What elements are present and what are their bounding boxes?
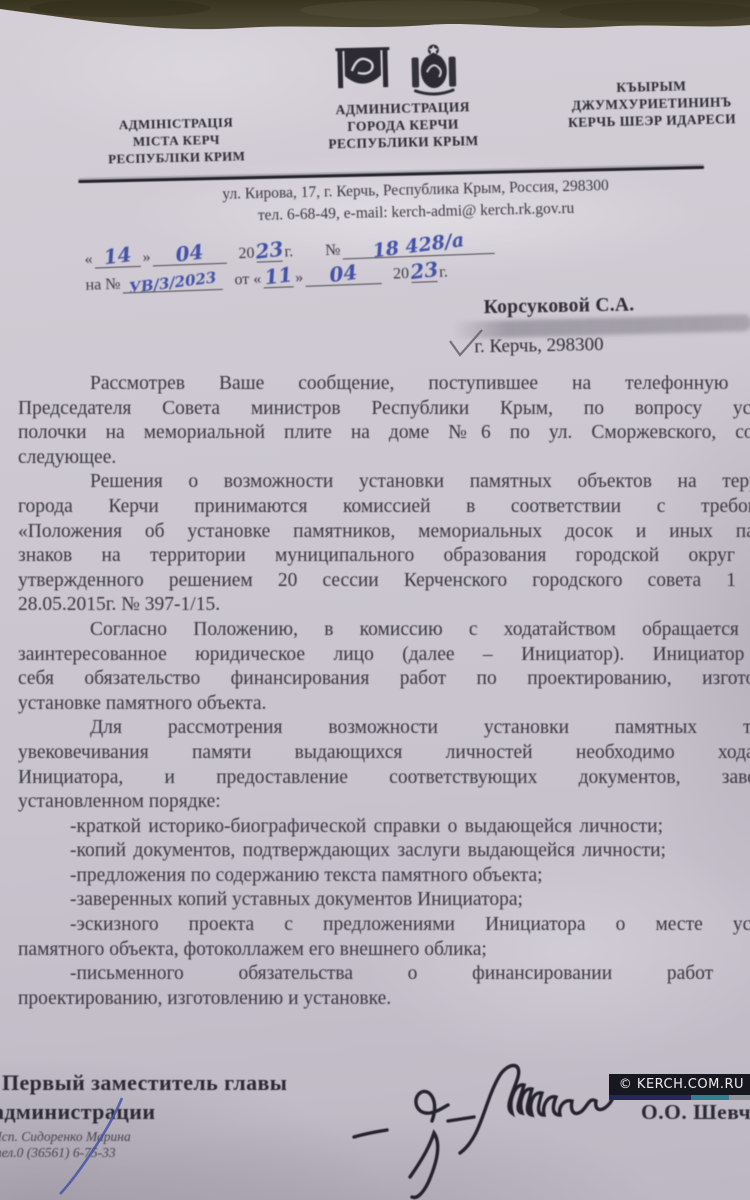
body-line: «Положения об установке памятников, мемо… [18,520,750,545]
list-item: -предложения по содержанию текста памятн… [18,864,750,889]
from-label: от [232,271,251,290]
list-item: -копий документов, подтверждающих заслуг… [18,839,750,864]
day-field: 14 [94,247,141,269]
addressee-name: Корсуковой С.А. [483,295,634,320]
handwritten-reply-number: УВ/3/2023 [128,268,218,297]
handwritten-day: 14 [102,242,133,269]
body-line: 28.05.2015г. № 397-1/15. [18,593,750,618]
body-line: Для рассмотрения возможности установки п… [18,716,750,741]
coat-of-arms-icons [333,40,466,101]
body-line: Инициатора, и предоставление соответству… [18,766,750,791]
quote-open: « [251,270,264,288]
body-line: утвержденного решением 20 сессии Керченс… [18,569,750,594]
checkmark-pen-tick [446,328,486,362]
year-field: 23 [256,242,283,263]
handwritten-year: 23 [254,237,285,264]
reply-field: УВ/3/2023 [122,270,223,294]
handwritten-from-year: 23 [409,257,440,284]
watermark: © KERCH.COM.RU [609,1074,750,1100]
body-line: Председателя Совета министров Республики… [18,397,750,422]
body-line: заинтересованное юридическое лицо (далее… [18,643,750,668]
addressee-city: г. Керчь, 298300 [474,334,635,359]
requisites-block: « 14 » 04 20 23 г. № 18 428/а на № УВ/3/… [82,227,524,295]
quote-close: » [140,248,153,266]
addressee-block: Корсуковой С.А. г. Керчь, 298300 [469,295,635,359]
body-line: города Керчи принимаются комиссией в соо… [18,495,750,520]
watermark-strip [609,1095,750,1100]
body-line: Согласно Положению, в комиссию с ходатай… [18,618,750,643]
photographed-letter: АДМІНІСТРАЦІЯ МІСТА КЕРЧ РЕСПУБЛІКИ КРИМ… [0,0,750,1200]
number-label: № [323,241,343,260]
month-field: 04 [152,244,227,267]
body-line: знаков на территории муниципального обра… [18,544,750,569]
handwritten-month: 04 [174,239,205,266]
list-item-continuation: проектированию, изготовлению и установке… [18,987,750,1012]
blue-pen-stroke [36,1092,166,1200]
body-line: следующее. [18,446,750,471]
body-line: себя обязательство финансирования работ … [18,667,750,692]
body-line: Решения о возможности установки памятных… [18,470,750,495]
list-item: -письменного обязательства о финансирова… [18,962,750,987]
watermark-strip-gray [729,1095,750,1100]
body-line: полочки на мемориальной плите на доме №6… [18,421,750,446]
from-month-field: 04 [305,264,382,287]
list-item-continuation: памятного объекта, фотоколлажем его внеш… [18,938,750,963]
watermark-strip-navy [609,1095,691,1100]
list-item: -заверенных копий уставных документов Ин… [18,888,750,913]
year-prefix: 20 [236,245,257,264]
kerch-coat-of-arms-icon [335,47,390,88]
background-fabric-band [0,0,750,42]
quote-close: » [293,269,306,287]
from-day-field: 11 [263,267,294,288]
org-name-ukrainian: АДМІНІСТРАЦІЯ МІСТА КЕРЧ РЕСПУБЛІКИ КРИМ [87,113,266,168]
signature-ink [332,1025,632,1200]
watermark-strip-teal [691,1095,729,1100]
from-year-field: 23 [411,262,438,283]
body-line: увековечивания памяти выдающихся личност… [18,741,750,766]
body-line: установке памятного объекта. [18,692,750,717]
handwritten-from-day: 11 [263,262,294,289]
watermark-label: © KERCH.COM.RU [609,1074,750,1095]
reply-label: на № [83,276,123,295]
signer-initials: О.О. Шевч [641,1100,750,1125]
list-item: -краткой историко-биографической справки… [18,815,750,840]
org-name-russian: АДМИНИСТРАЦИЯ ГОРОДА КЕРЧИ РЕСПУБЛИКИ КР… [305,98,502,153]
quote-open: « [82,251,95,269]
list-item: -эскизного проекта с предложениями Иници… [18,913,750,938]
from-year-prefix: 20 [391,265,412,284]
org-name-crimean-tatar: КЪЫРЫМ ДЖУМХУРИЕТИНИНЪ КЕРЧЬ ШЕЭР ИДАРЕС… [536,76,750,132]
letter-body: Рассмотрев Ваше сообщение, поступившее н… [18,372,750,1011]
body-line: Рассмотрев Ваше сообщение, поступившее н… [18,372,750,397]
crimea-coat-of-arms-icon [411,44,456,94]
handwritten-from-month: 04 [328,260,359,287]
body-line: установленном порядке: [18,790,750,815]
